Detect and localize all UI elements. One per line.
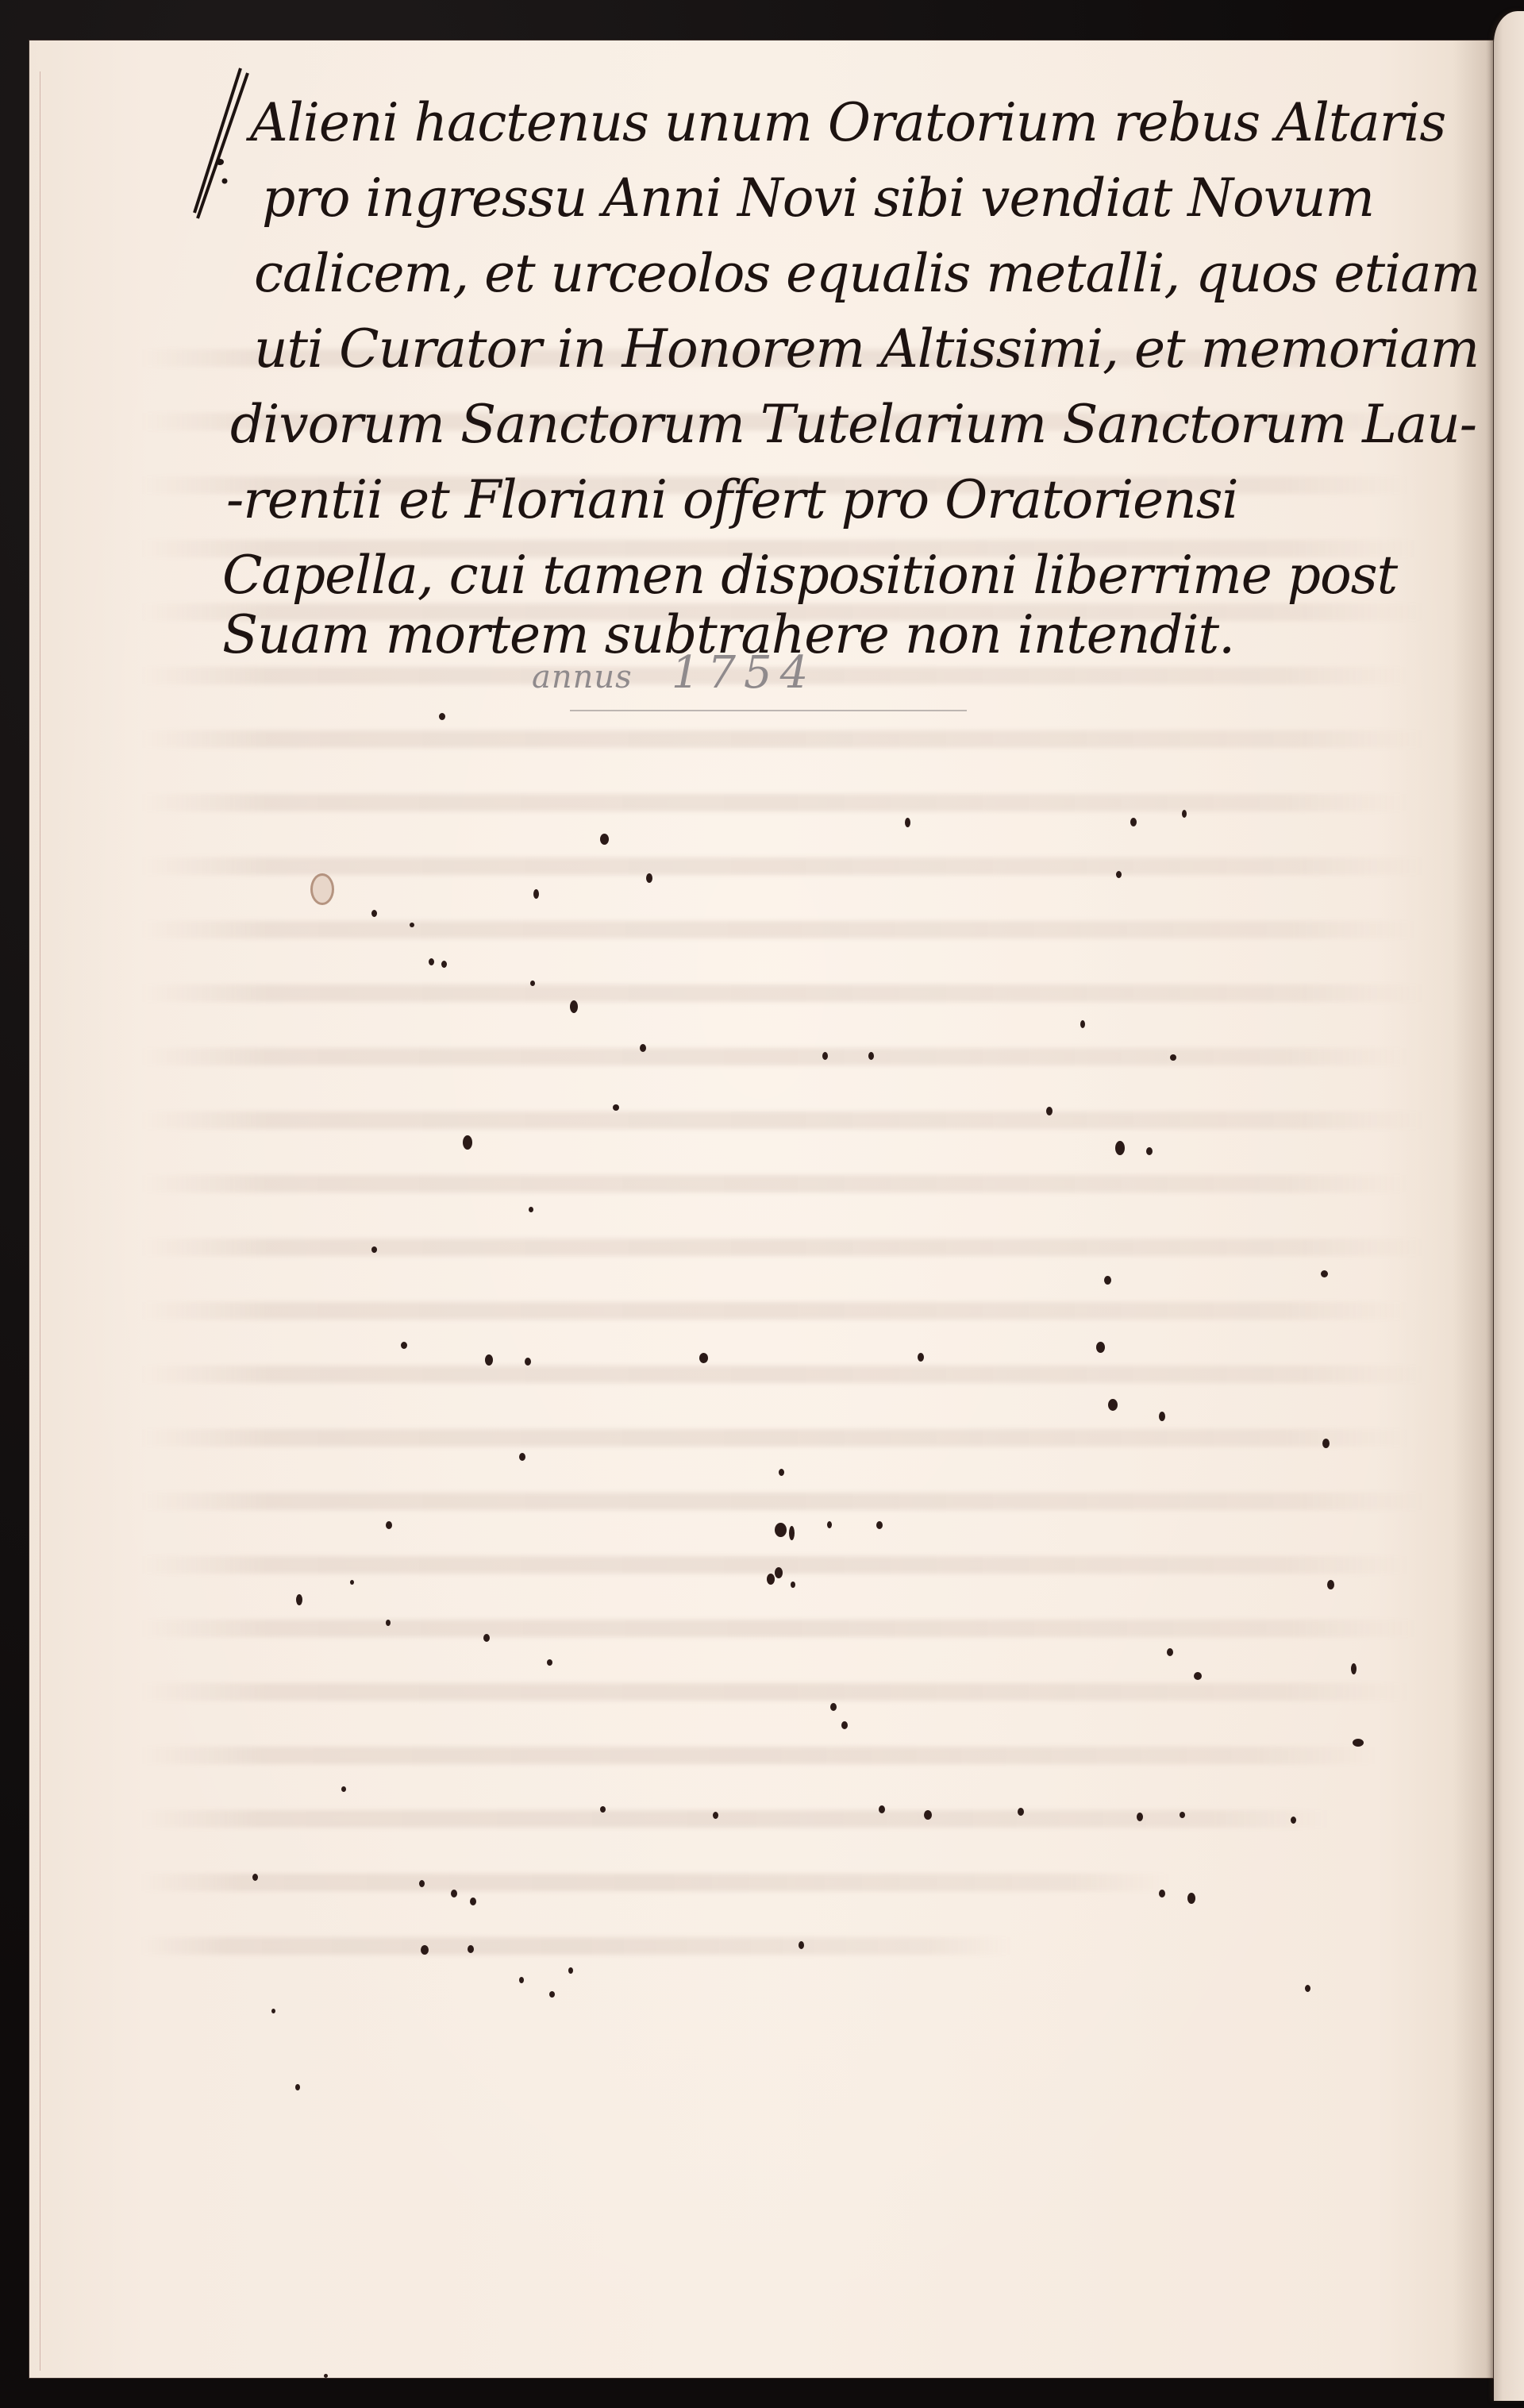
- text-line-5: divorum Sanctorum Tutelarium Sanctorum L…: [230, 399, 1476, 451]
- gutter-shadow: [1453, 40, 1494, 2379]
- manuscript-page: [29, 40, 1494, 2379]
- text-line-1: Alieni hactenus unum Oratorium rebus Alt…: [250, 97, 1445, 149]
- adjacent-page-edge: [1494, 11, 1524, 2401]
- pencil-underline: [570, 710, 967, 711]
- annotation-word: annus: [532, 659, 633, 695]
- text-line-3: calicem, et urceolos equalis metalli, qu…: [254, 248, 1480, 300]
- text-line-4: uti Curator in Honorem Altissimi, et mem…: [254, 323, 1479, 376]
- double-slash-mark: [179, 62, 250, 221]
- pencil-annotation: annus 1754: [532, 647, 816, 699]
- text-line-6: -rentii et Floriani offert pro Oratorien…: [226, 474, 1238, 526]
- text-line-7: Capella, cui tamen dispositioni liberrim…: [222, 549, 1397, 602]
- text-line-2: pro ingressu Anni Novi sibi vendiat Novu…: [262, 172, 1374, 225]
- annotation-year: 1754: [672, 647, 817, 699]
